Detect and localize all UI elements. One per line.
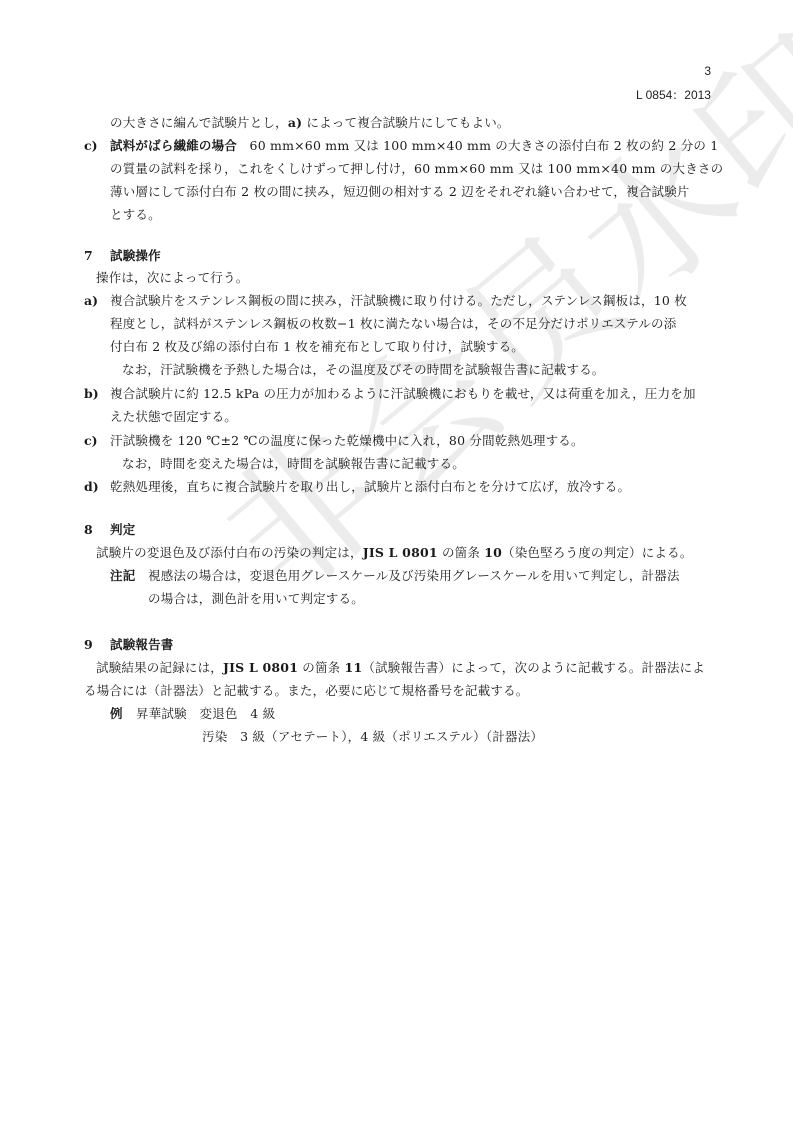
item-label-c2: c) — [84, 430, 98, 452]
section-7-intro: 操作は，次によって行う。 — [96, 267, 248, 289]
note-label: 注記 — [110, 565, 135, 587]
item-c-line-1: 試料がばら繊維の場合 60 mm×60 mm 又は 100 mm×40 mm の… — [110, 135, 718, 157]
item-c2-note: なお，時間を変えた場合は，時間を試験報告書に記載する。 — [122, 453, 465, 475]
jis-reference: JIS L 0801 — [363, 545, 438, 560]
item-c-line-4: とする。 — [110, 204, 161, 226]
item-a-line-2: 程度とし，試料がステンレス鋼板の枚数−1 枚に満たない場合は，その不足分だけポリ… — [110, 313, 676, 335]
item-c2-line-1: 汗試験機を 120 ℃±2 ℃の温度に保った乾燥機中に入れ，80 分間乾熱処理す… — [110, 430, 584, 452]
item-c-title: 試料がばら繊維の場合 — [110, 138, 237, 153]
section-7-title: 試験操作 — [110, 245, 161, 267]
item-b-line-2: えた状態で固定する。 — [110, 406, 237, 428]
section-9-number: 9 — [84, 634, 93, 656]
item-label-c: c) — [84, 135, 98, 157]
section-7-number: 7 — [84, 245, 93, 267]
section-9-text-2: る場合には（計器法）と記載する。また，必要に応じて規格番号を記載する。 — [84, 680, 529, 702]
jis-reference: JIS L 0801 — [223, 660, 298, 675]
continuation-line: の大きさに編んで試験片とし，a) によって複合試験片にしてもよい。 — [110, 112, 510, 134]
item-c-line-2: の質量の試料を採り，これをくしけずって押し付け，60 mm×60 mm 又は 1… — [110, 158, 723, 180]
item-c-line-3: 薄い層にして添付白布 2 枚の間に挟み，短辺側の相対する 2 辺をそれぞれ縫い合… — [110, 181, 690, 203]
item-label-d: d) — [84, 476, 99, 498]
item-a-note: なお，汗試験機を予熱した場合は，その温度及びその時間を試験報告書に記載する。 — [122, 359, 605, 381]
item-a-line-3: 付白布 2 枚及び綿の添付白布 1 枚を補充布として取り付け，試験する。 — [110, 336, 524, 358]
page-number: 3 — [704, 64, 711, 78]
section-8-number: 8 — [84, 519, 93, 541]
example-label: 例 — [110, 703, 123, 725]
section-9-text-1: 試験結果の記録には，JIS L 0801 の箇条 11（試験報告書）によって，次… — [96, 657, 705, 679]
section-9-title: 試験報告書 — [110, 634, 174, 656]
section-8-text: 試験片の変退色及び添付白布の汚染の判定は，JIS L 0801 の箇条 10（染… — [96, 542, 693, 564]
item-label-b: b) — [84, 383, 99, 405]
example-line-2: 汚染 3 級（アセテート），4 級（ポリエステル）（計器法） — [202, 726, 543, 748]
document-page: 非会员水印 3 L 0854：2013 の大きさに編んで試験片とし，a) によっ… — [0, 0, 793, 1121]
note-line-2: の場合は，測色計を用いて判定する。 — [148, 588, 364, 610]
item-d-line-1: 乾熱処理後，直ちに複合試験片を取り出し，試験片と添付白布とを分けて広げ，放冷する… — [110, 476, 630, 498]
section-8-title: 判定 — [110, 519, 135, 541]
item-a-line-1: 複合試験片をステンレス鋼板の間に挟み，汗試験機に取り付ける。ただし，ステンレス鋼… — [110, 290, 687, 312]
item-b-line-1: 複合試験片に約 12.5 kPa の圧力が加わるように汗試験機におもりを載せ，又… — [110, 383, 696, 405]
item-label-a: a) — [84, 290, 98, 312]
note-line-1: 視感法の場合は，変退色用グレースケール及び汚染用グレースケールを用いて判定し，計… — [148, 565, 680, 587]
example-line-1: 昇華試験 変退色 4 級 — [136, 703, 275, 725]
standard-id: L 0854：2013 — [636, 86, 711, 103]
